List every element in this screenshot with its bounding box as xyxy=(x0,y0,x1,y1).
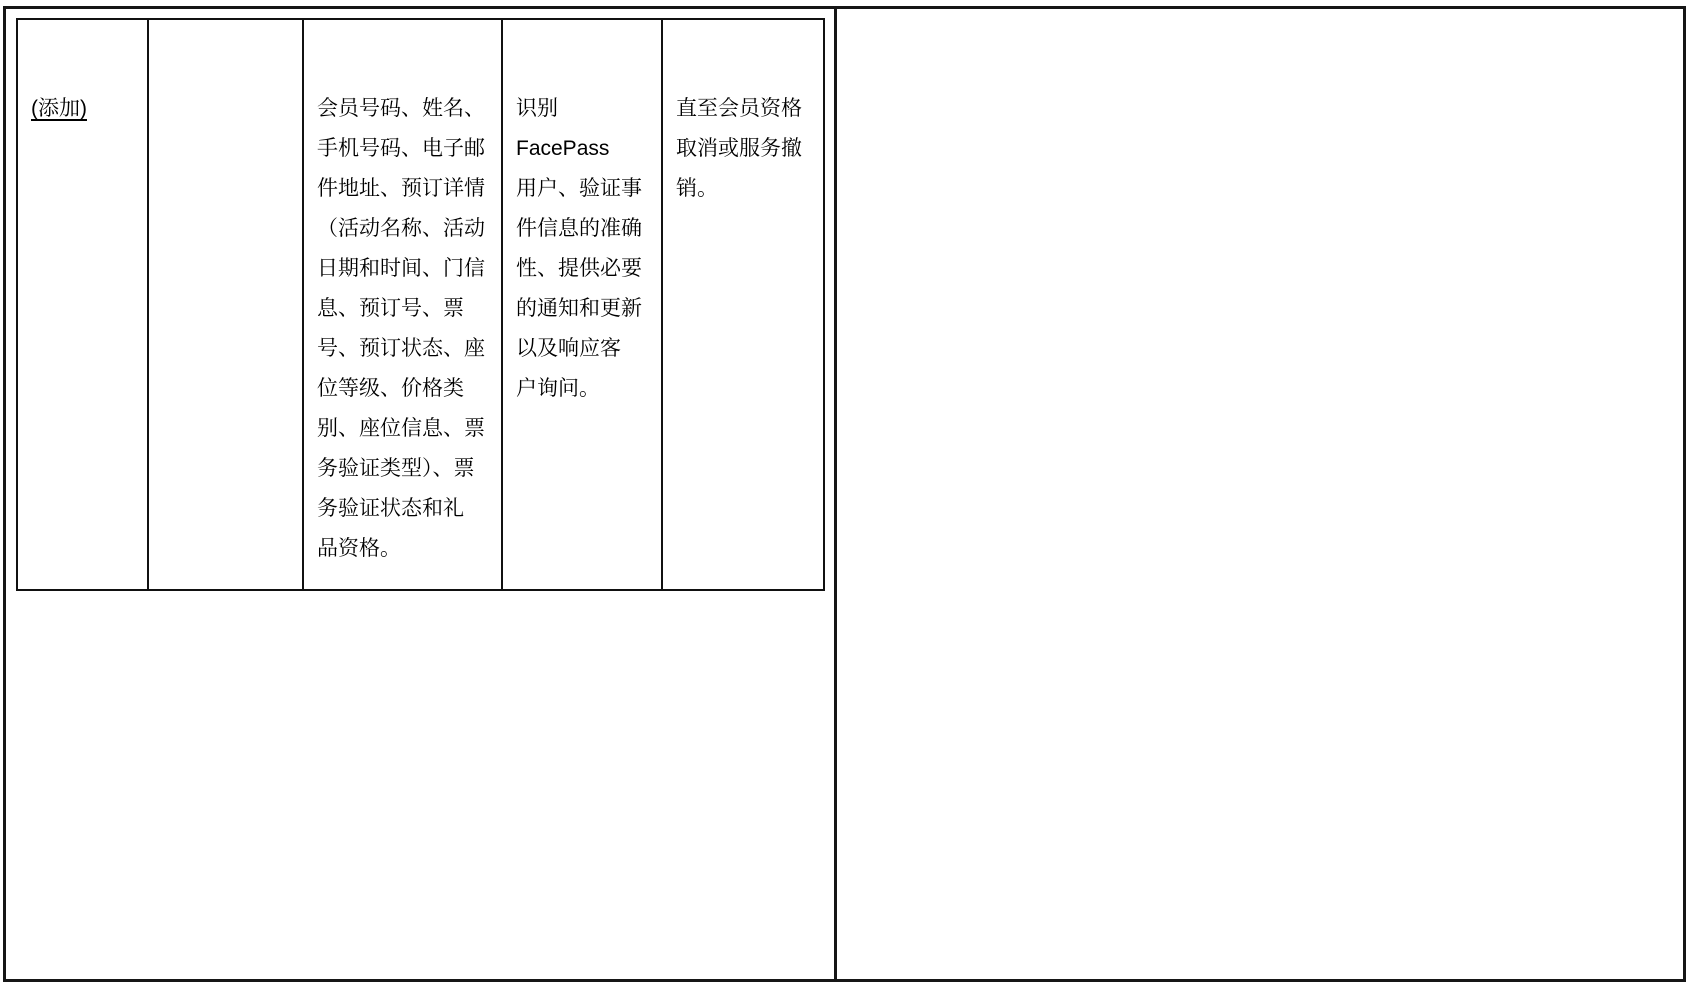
privacy-change-table: (添加) 会员号码、姓名、 手机号码、电子邮 件地址、预订详情 （活动名称、活动… xyxy=(16,18,825,591)
cell-purpose: 识别 FacePass 用户、验证事 件信息的准确 性、提供必要 的通知和更新 … xyxy=(502,19,662,590)
added-marker-label: (添加) xyxy=(31,97,87,120)
retention-period-text: 直至会员资格 取消或服务撤 销。 xyxy=(676,97,802,200)
cell-empty xyxy=(148,19,303,590)
right-pane-empty-area xyxy=(837,9,1681,979)
document-page: (添加) 会员号码、姓名、 手机号码、电子邮 件地址、预订详情 （活动名称、活动… xyxy=(0,0,1690,990)
data-collected-text: 会员号码、姓名、 手机号码、电子邮 件地址、预订详情 （活动名称、活动 日期和时… xyxy=(317,97,485,560)
cell-retention-period: 直至会员资格 取消或服务撤 销。 xyxy=(662,19,824,590)
cell-change-marker: (添加) xyxy=(17,19,148,590)
table-row: (添加) 会员号码、姓名、 手机号码、电子邮 件地址、预订详情 （活动名称、活动… xyxy=(17,19,824,590)
cell-data-collected: 会员号码、姓名、 手机号码、电子邮 件地址、预订详情 （活动名称、活动 日期和时… xyxy=(303,19,502,590)
purpose-text: 识别 FacePass 用户、验证事 件信息的准确 性、提供必要 的通知和更新 … xyxy=(516,97,642,400)
